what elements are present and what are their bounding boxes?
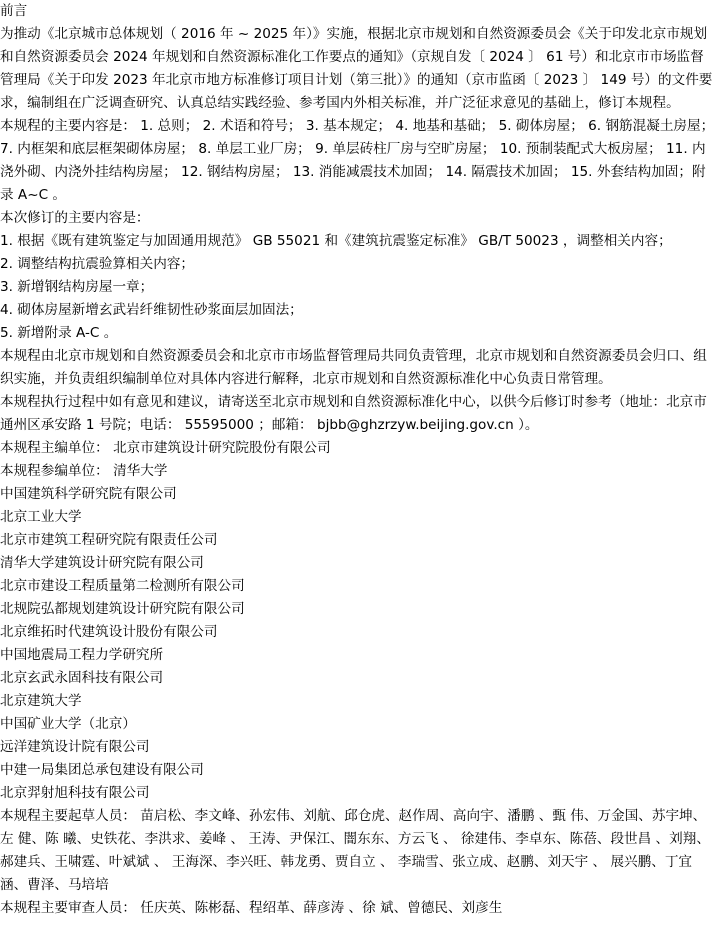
revision-item: 1. 根据《既有建筑鉴定与加固通用规范》 GB 55021 和《建筑抗震鉴定标准… — [0, 230, 716, 253]
main-content-paragraph: 本规程的主要内容是： 1. 总则； 2. 术语和符号； 3. 基本规定； 4. … — [0, 115, 716, 207]
document-body: 前言 为推动《北京城市总体规划（ 2016 年 ~ 2025 年）》实施，根据北… — [0, 0, 718, 920]
revision-item: 3. 新增钢结构房屋一章； — [0, 276, 716, 299]
drafters-paragraph: 本规程主要起草人员： 苗启松、李文峰、孙宏伟、刘航、邱仓虎、赵作周、高向宇、潘鹏… — [0, 805, 716, 897]
section-heading-foreword: 前言 — [0, 0, 716, 23]
participating-unit: 北京建筑大学 — [0, 690, 716, 713]
participating-unit: 北规院弘都规划建筑设计研究院有限公司 — [0, 598, 716, 621]
participating-unit: 清华大学建筑设计研究院有限公司 — [0, 552, 716, 575]
participating-unit: 中国地震局工程力学研究所 — [0, 644, 716, 667]
revision-list: 1. 根据《既有建筑鉴定与加固通用规范》 GB 55021 和《建筑抗震鉴定标准… — [0, 230, 716, 345]
participating-unit: 中国建筑科学研究院有限公司 — [0, 483, 716, 506]
participating-unit: 远洋建筑设计院有限公司 — [0, 736, 716, 759]
feedback-paragraph: 本规程执行过程中如有意见和建议，请寄送至北京市规划和自然资源标准化中心，以供今后… — [0, 391, 716, 437]
revision-title: 本次修订的主要内容是： — [0, 207, 716, 230]
intro-paragraph: 为推动《北京城市总体规划（ 2016 年 ~ 2025 年）》实施，根据北京市规… — [0, 23, 716, 115]
participating-unit: 北京玄武永固科技有限公司 — [0, 667, 716, 690]
management-paragraph: 本规程由北京市规划和自然资源委员会和北京市市场监督管理局共同负责管理，北京市规划… — [0, 345, 716, 391]
revision-item: 2. 调整结构抗震验算相关内容； — [0, 253, 716, 276]
participating-unit: 北京市建筑工程研究院有限责任公司 — [0, 529, 716, 552]
chief-editor-unit: 本规程主编单位： 北京市建筑设计研究院股份有限公司 — [0, 437, 716, 460]
participating-units-list: 中国建筑科学研究院有限公司 北京工业大学 北京市建筑工程研究院有限责任公司 清华… — [0, 483, 716, 805]
revision-item: 4. 砌体房屋新增玄武岩纤维韧性砂浆面层加固法； — [0, 299, 716, 322]
participating-units-label: 本规程参编单位： 清华大学 — [0, 460, 716, 483]
participating-unit: 北京羿射旭科技有限公司 — [0, 782, 716, 805]
participating-unit: 北京工业大学 — [0, 506, 716, 529]
participating-unit: 北京维拓时代建筑设计股份有限公司 — [0, 621, 716, 644]
participating-unit: 中建一局集团总承包建设有限公司 — [0, 759, 716, 782]
reviewers-paragraph: 本规程主要审查人员： 任庆英、陈彬磊、程绍革、薛彦涛 、徐 斌、曾德民、刘彦生 — [0, 897, 716, 920]
participating-unit: 中国矿业大学（北京） — [0, 713, 716, 736]
participating-unit: 北京市建设工程质量第二检测所有限公司 — [0, 575, 716, 598]
revision-item: 5. 新增附录 A-C 。 — [0, 322, 716, 345]
